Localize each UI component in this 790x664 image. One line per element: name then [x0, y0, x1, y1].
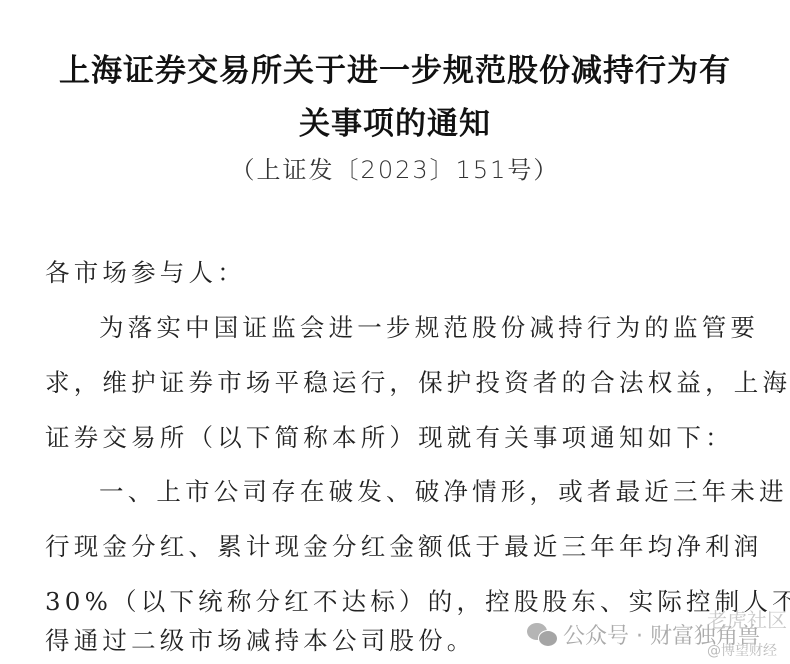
- paragraph-2-line-4: 得通过二级市场减持本公司股份。: [45, 622, 476, 657]
- paragraph-1-line-2: 求，维护证券市场平稳运行，保护投资者的合法权益，上海: [45, 364, 790, 399]
- author-watermark: @博望财经: [707, 640, 777, 660]
- document-title-line-1: 上海证券交易所关于进一步规范股份减持行为有: [0, 45, 790, 90]
- salutation: 各市场参与人：: [45, 254, 246, 289]
- wechat-icon: [527, 623, 557, 647]
- community-watermark: 老虎社区: [707, 604, 787, 633]
- document-title-line-2: 关事项的通知: [0, 98, 790, 143]
- paragraph-2-line-3: 30%（以下统称分红不达标）的，控股股东、实际控制人不: [45, 583, 790, 618]
- paragraph-2-line-1: 一、上市公司存在破发、破净情形，或者最近三年未进: [99, 473, 788, 508]
- document-number: （上证发〔2023〕151号）: [0, 150, 790, 185]
- paragraph-1-line-3: 证券交易所（以下简称本所）现就有关事项通知如下：: [45, 419, 734, 454]
- paragraph-2-line-2: 行现金分红、累计现金分红金额低于最近三年年均净利润: [45, 528, 763, 563]
- paragraph-1-line-1: 为落实中国证监会进一步规范股份减持行为的监管要: [99, 309, 759, 344]
